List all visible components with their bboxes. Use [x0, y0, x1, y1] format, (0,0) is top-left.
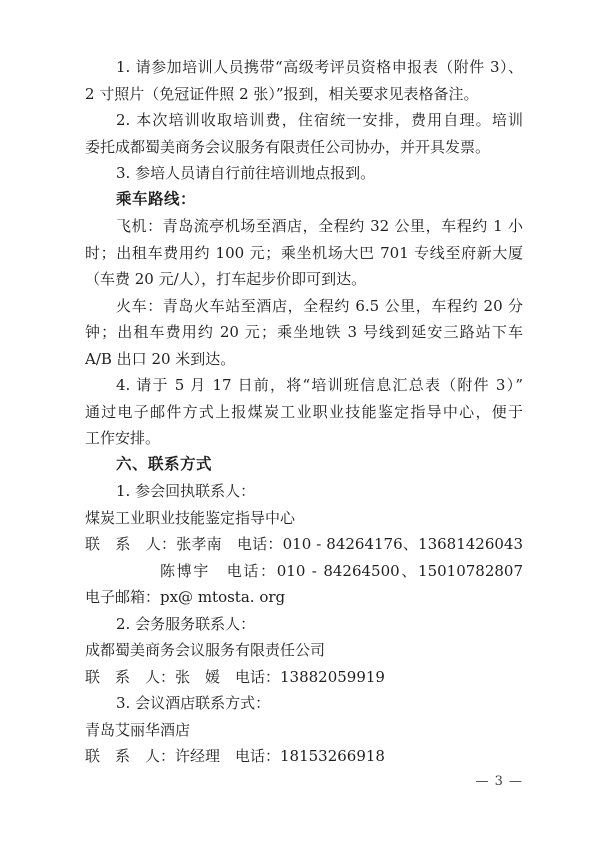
- text-line: 联 系 人：许经理 电话：18153266918: [85, 743, 523, 770]
- text-line: 时；出租车费用约 100 元；乘坐机场大巴 701 专线至府新大厦: [85, 240, 523, 267]
- text-line: 委托成都蜀美商务会议服务有限责任公司协办，并开具发票。: [85, 134, 523, 161]
- text-line: 钟；出租车费用约 20 元；乘坐地铁 3 号线到延安三路站下车: [85, 319, 523, 346]
- text-line: 3. 会议酒店联系方式：: [85, 690, 523, 717]
- text-line: 电子邮箱：px@ mtosta. org: [85, 584, 523, 611]
- text-line: 3. 参培人员请自行前往培训地点报到。: [85, 160, 523, 187]
- text-line: 2. 本次培训收取培训费，住宿统一安排，费用自理。培训: [85, 107, 523, 134]
- text-line: 青岛艾丽华酒店: [85, 717, 523, 744]
- text-line: 联 系 人：张 媛 电话：13882059919: [85, 664, 523, 691]
- text-line: 陈博宇 电话：010 - 84264500、15010782807: [160, 558, 523, 585]
- text-line: A/B 出口 20 米到达。: [85, 346, 523, 373]
- text-line: 火车：青岛火车站至酒店，全程约 6.5 公里，车程约 20 分: [85, 293, 523, 320]
- text-line: 1. 参会回执联系人：: [85, 478, 523, 505]
- section-heading: 六、联系方式: [85, 452, 523, 479]
- text-line: 2 寸照片（免冠证件照 2 张）”报到，相关要求见表格备注。: [85, 81, 523, 108]
- document-body: 1. 请参加培训人员携带“高级考评员资格申报表（附件 3）、2 寸照片（免冠证件…: [85, 54, 523, 770]
- text-line: 飞机：青岛流亭机场至酒店，全程约 32 公里，车程约 1 小: [85, 213, 523, 240]
- text-line: 工作安排。: [85, 425, 523, 452]
- text-line: 煤炭工业职业技能鉴定指导中心: [85, 505, 523, 532]
- document-page: 1. 请参加培训人员携带“高级考评员资格申报表（附件 3）、2 寸照片（免冠证件…: [0, 0, 595, 841]
- page-number: — 3 —: [85, 774, 523, 790]
- text-line: 2. 会务服务联系人：: [85, 611, 523, 638]
- text-line: 联 系 人：张孝南 电话：010 - 84264176、13681426043: [85, 531, 523, 558]
- text-line: 4. 请于 5 月 17 日前，将“培训班信息汇总表（附件 3）”: [85, 372, 523, 399]
- text-line: 通过电子邮件方式上报煤炭工业职业技能鉴定指导中心，便于: [85, 399, 523, 426]
- text-line: 1. 请参加培训人员携带“高级考评员资格申报表（附件 3）、: [85, 54, 523, 81]
- section-heading: 乘车路线：: [85, 187, 523, 214]
- text-line: （车费 20 元/人），打车起步价即可到达。: [85, 266, 523, 293]
- text-line: 成都蜀美商务会议服务有限责任公司: [85, 637, 523, 664]
